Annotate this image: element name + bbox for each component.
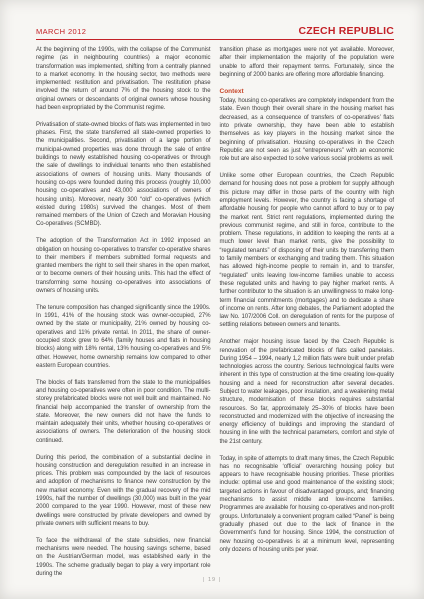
left-column: At the beginning of the 1990s, with the …: [36, 46, 211, 587]
paragraph: Privatisation of state-owned blocks of f…: [36, 121, 211, 229]
header-date: MARCH 2012: [36, 27, 86, 36]
paragraph: Today, housing co-operatives are complet…: [220, 97, 395, 163]
paragraph: Unlike some other European countries, th…: [220, 172, 395, 330]
header-country-title: CZECH REPUBLIC: [298, 25, 394, 37]
page-number: | 19 |: [0, 577, 424, 583]
page-header: MARCH 2012 CZECH REPUBLIC: [36, 25, 394, 40]
document-page: MARCH 2012 CZECH REPUBLIC At the beginni…: [0, 0, 424, 599]
paragraph: To face the withdrawal of the state subs…: [36, 537, 211, 578]
paragraph: transition phase as mortgages were not y…: [220, 46, 395, 79]
paragraph: At the beginning of the 1990s, with the …: [36, 46, 211, 112]
paragraph: Another major housing issue faced by the…: [220, 338, 395, 446]
paragraph: The adoption of the Transformation Act i…: [36, 237, 211, 295]
paragraph: The tenure composition has changed signi…: [36, 304, 211, 370]
two-column-body: At the beginning of the 1990s, with the …: [36, 46, 394, 587]
right-column: transition phase as mortgages were not y…: [220, 46, 395, 587]
section-heading-context: Context: [220, 88, 395, 96]
paragraph: During this period, the combination of a…: [36, 454, 211, 529]
paragraph: Today, in spite of attempts to draft man…: [220, 455, 395, 555]
paragraph: The blocks of flats transferred from the…: [36, 379, 211, 445]
